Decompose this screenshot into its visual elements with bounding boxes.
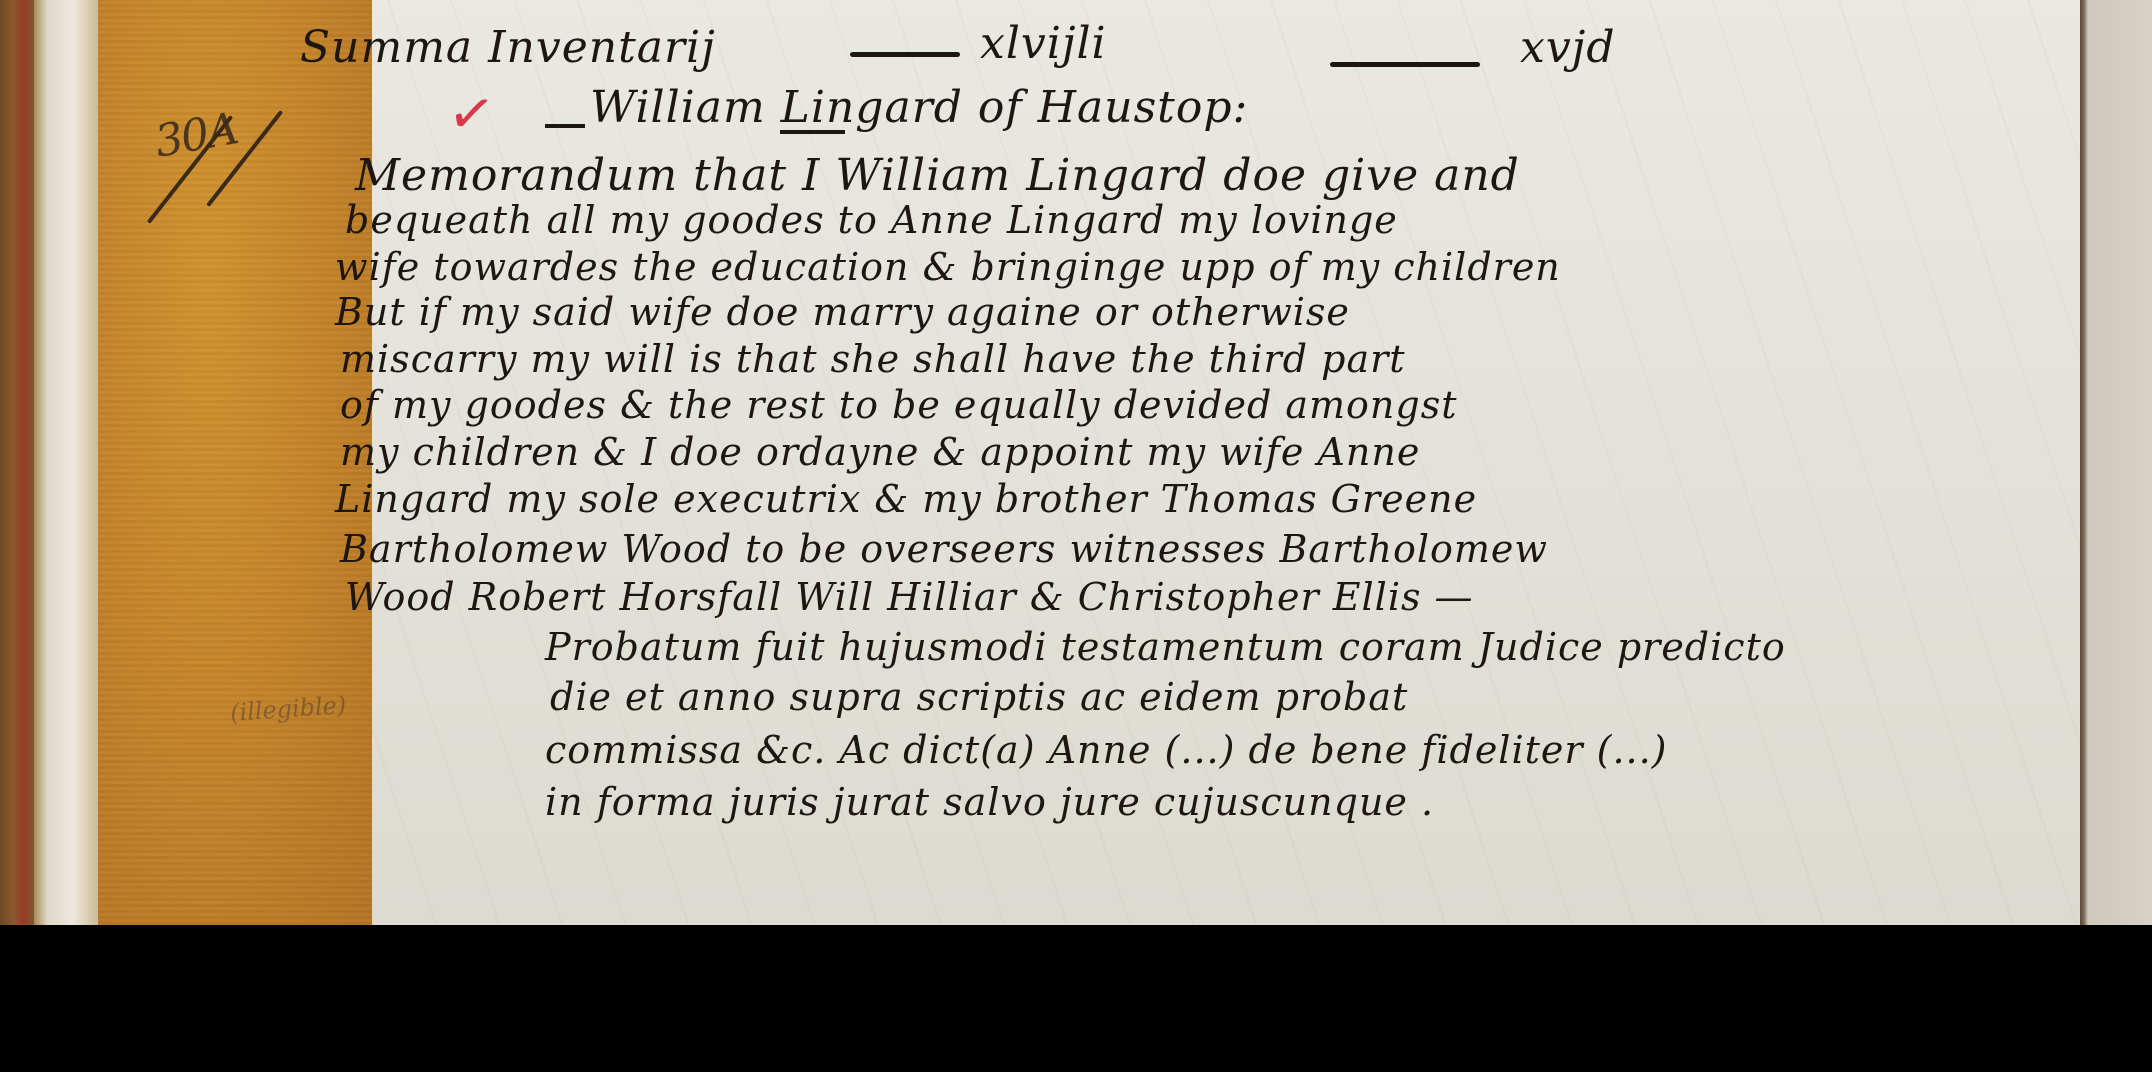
heading-dash (850, 52, 960, 57)
will-line: Bartholomew Wood to be overseers witness… (340, 527, 1548, 571)
probate-line: die et anno supra scriptis ac eidem prob… (550, 675, 1408, 719)
summa-amount-shillings: xvjd (1520, 22, 1615, 73)
testator-heading: William Lingard of Haustop: (590, 82, 1248, 133)
probate-line: Probatum fuit hujusmodi testamentum cora… (545, 625, 1786, 669)
will-line: Memorandum that I William Lingard doe gi… (355, 150, 1520, 201)
will-line: bequeath all my goodes to Anne Lingard m… (345, 198, 1398, 242)
will-line: Lingard my sole executrix & my brother T… (335, 477, 1477, 521)
will-line: But if my said wife doe marry againe or … (335, 290, 1350, 334)
page-right-edge (2080, 0, 2152, 925)
will-line: Wood Robert Horsfall Will Hilliar & Chri… (345, 575, 1474, 619)
heading-dash (1330, 62, 1480, 67)
heading-underline (545, 124, 585, 128)
probate-line: commissa &c. Ac dict(a) Anne (...) de be… (545, 728, 1668, 772)
page-gutter-strip (34, 0, 100, 925)
will-line: my children & I doe ordayne & appoint my… (340, 430, 1420, 474)
will-line: miscarry my will is that she shall have … (340, 337, 1406, 381)
will-line: wife towardes the education & bringinge … (335, 245, 1561, 289)
check-mark-icon: ✓ (444, 79, 500, 150)
summa-label: Summa Inventarij (300, 22, 716, 73)
probate-line: in forma juris jurat salvo jure cujuscun… (545, 780, 1434, 824)
summa-amount-pounds: xlvijli (980, 18, 1107, 69)
book-spine-edge (0, 0, 34, 925)
will-line: of my goodes & the rest to be equally de… (340, 383, 1458, 427)
black-letterbox-band (0, 925, 2152, 1072)
heading-underline (780, 130, 845, 134)
manuscript-photo: 30A ✓ (illegible) Summa Inventarij xlvij… (0, 0, 2152, 925)
